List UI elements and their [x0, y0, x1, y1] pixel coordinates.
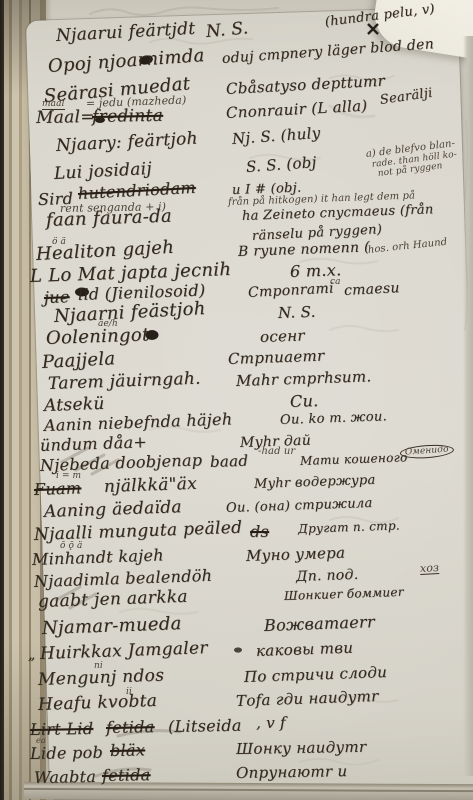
handwritten-line: каковы тви: [256, 641, 354, 659]
handwritten-line: N. S.: [278, 305, 316, 321]
handwritten-line: baad: [210, 454, 249, 470]
handwritten-line: B ryune nomenn (: [238, 240, 370, 259]
handwritten-line: Cnonrauir (L alla): [226, 99, 368, 121]
manuscript-photo: Njaarui feärtjdtN. S.(hundra pelu, v)Opo…: [0, 0, 473, 800]
handwritten-line: Maal=: [36, 109, 95, 127]
handwritten-line: Njamar-mueda: [42, 615, 182, 638]
handwritten-line: Njaarni feästjoh: [54, 300, 207, 326]
handwritten-line: hutendriodam: [78, 180, 197, 202]
handwritten-line: bläx: [110, 742, 145, 759]
handwritten-line: Другат п. стр.: [298, 519, 400, 535]
handwritten-line: Myhr водержура: [254, 474, 376, 491]
handwritten-line: По стричи слоди: [244, 665, 388, 685]
handwritten-line: Lide pob: [30, 745, 103, 762]
handwritten-line: Ou. (она) стрижила: [226, 497, 373, 515]
handwritten-line: Atsekü: [44, 396, 105, 415]
handwritten-line: Ooleningot: [46, 326, 150, 348]
handwritten-line: , v f: [256, 715, 286, 731]
handwritten-line: Huirkkax Jamgaler: [40, 640, 208, 663]
handwritten-line: Оменидо: [400, 443, 454, 460]
handwritten-line: njälkkä"äx: [104, 476, 198, 496]
handwritten-line: hos. orh Haund: [367, 238, 447, 256]
handwritten-line: (hundra pelu, v): [324, 3, 435, 29]
handwritten-line: осенr: [260, 328, 305, 345]
handwritten-line: Heafu kvobta: [38, 693, 158, 714]
handwritten-line: gaabt jen aarkka: [38, 589, 188, 611]
handwritten-line: Опрунаютr и: [236, 764, 348, 781]
handwritten-line: Waabta: [34, 769, 96, 786]
handwritten-line: „: [28, 648, 36, 662]
handwritten-line: Мати кошеного: [300, 451, 408, 467]
handwritten-line: Searälji: [379, 87, 433, 107]
handwritten-line: jue: [44, 289, 70, 306]
handwritten-line: Aanin niebefnda häjeh: [44, 411, 233, 434]
handwritten-line: Njaarui feärtjdt: [56, 21, 196, 45]
handwritten-line: Муно умера: [246, 546, 346, 564]
handwritten-line: Fuam: [34, 480, 82, 498]
handwritten-line: Шонку наидутr: [236, 740, 367, 757]
handwritten-line: Тоfа гди наидутr: [236, 689, 379, 709]
handwritten-line: Mengunj ndos: [38, 668, 165, 689]
handwritten-line: Aaning äedaïda: [44, 499, 182, 521]
handwritten-line: N. S.: [205, 20, 249, 41]
handwritten-line: ündum dåa+: [40, 434, 148, 454]
handwritten-line: (Litseida: [168, 718, 242, 735]
handwritten-line: Cu.: [290, 393, 319, 410]
handwritten-line: ds: [250, 524, 269, 540]
handwritten-line: Lui josidaij: [54, 161, 153, 183]
handwritten-line: fredinta: [92, 108, 163, 126]
handwritten-line: -had ur: [258, 447, 295, 457]
handwritten-line: ca: [330, 278, 341, 287]
handwritten-line: Шонкиеr боммиеr: [284, 586, 404, 602]
handwritten-line: faan faura-da: [46, 208, 173, 230]
handwritten-line: Tarem jäuirngah.: [48, 371, 201, 393]
handwritten-line: Paajjela: [42, 350, 116, 372]
handwritten-line: oduj cmpnery läger blod den: [222, 37, 435, 66]
handwritten-line: Cmpnuaemr: [228, 349, 325, 367]
handwritten-line: Cbåsatyso depttumr: [226, 74, 386, 97]
handwritten-line: Mahr cmprhsum.: [236, 369, 372, 389]
handwritten-line: fetida: [102, 767, 151, 784]
handwritten-line: Nj. S. (huly: [231, 126, 320, 147]
handwritten-line: Cmponrami: [248, 282, 335, 300]
handwritten-line: Healiton gajeh: [36, 239, 175, 264]
handwritten-line: Opoj njoarnimda: [47, 47, 205, 76]
handwritten-line: хоз: [420, 562, 440, 575]
handwritten-line: cmaesu: [344, 281, 400, 298]
handwritten-line: Дп. под.: [296, 568, 359, 584]
handwritten-line: Minhandt kajeh: [32, 547, 164, 568]
handwritten-line: Njaary: feärtjoh: [56, 131, 199, 155]
handwritten-line: Ou. ko m. жou.: [280, 410, 387, 427]
handwritten-line: S. S. (obj: [245, 155, 317, 175]
handwritten-line: fetida: [106, 719, 155, 736]
handwriting-layer: Njaarui feärtjdtN. S.(hundra pelu, v)Opo…: [0, 0, 473, 800]
handwritten-line: Вожватаеrr: [264, 614, 375, 634]
